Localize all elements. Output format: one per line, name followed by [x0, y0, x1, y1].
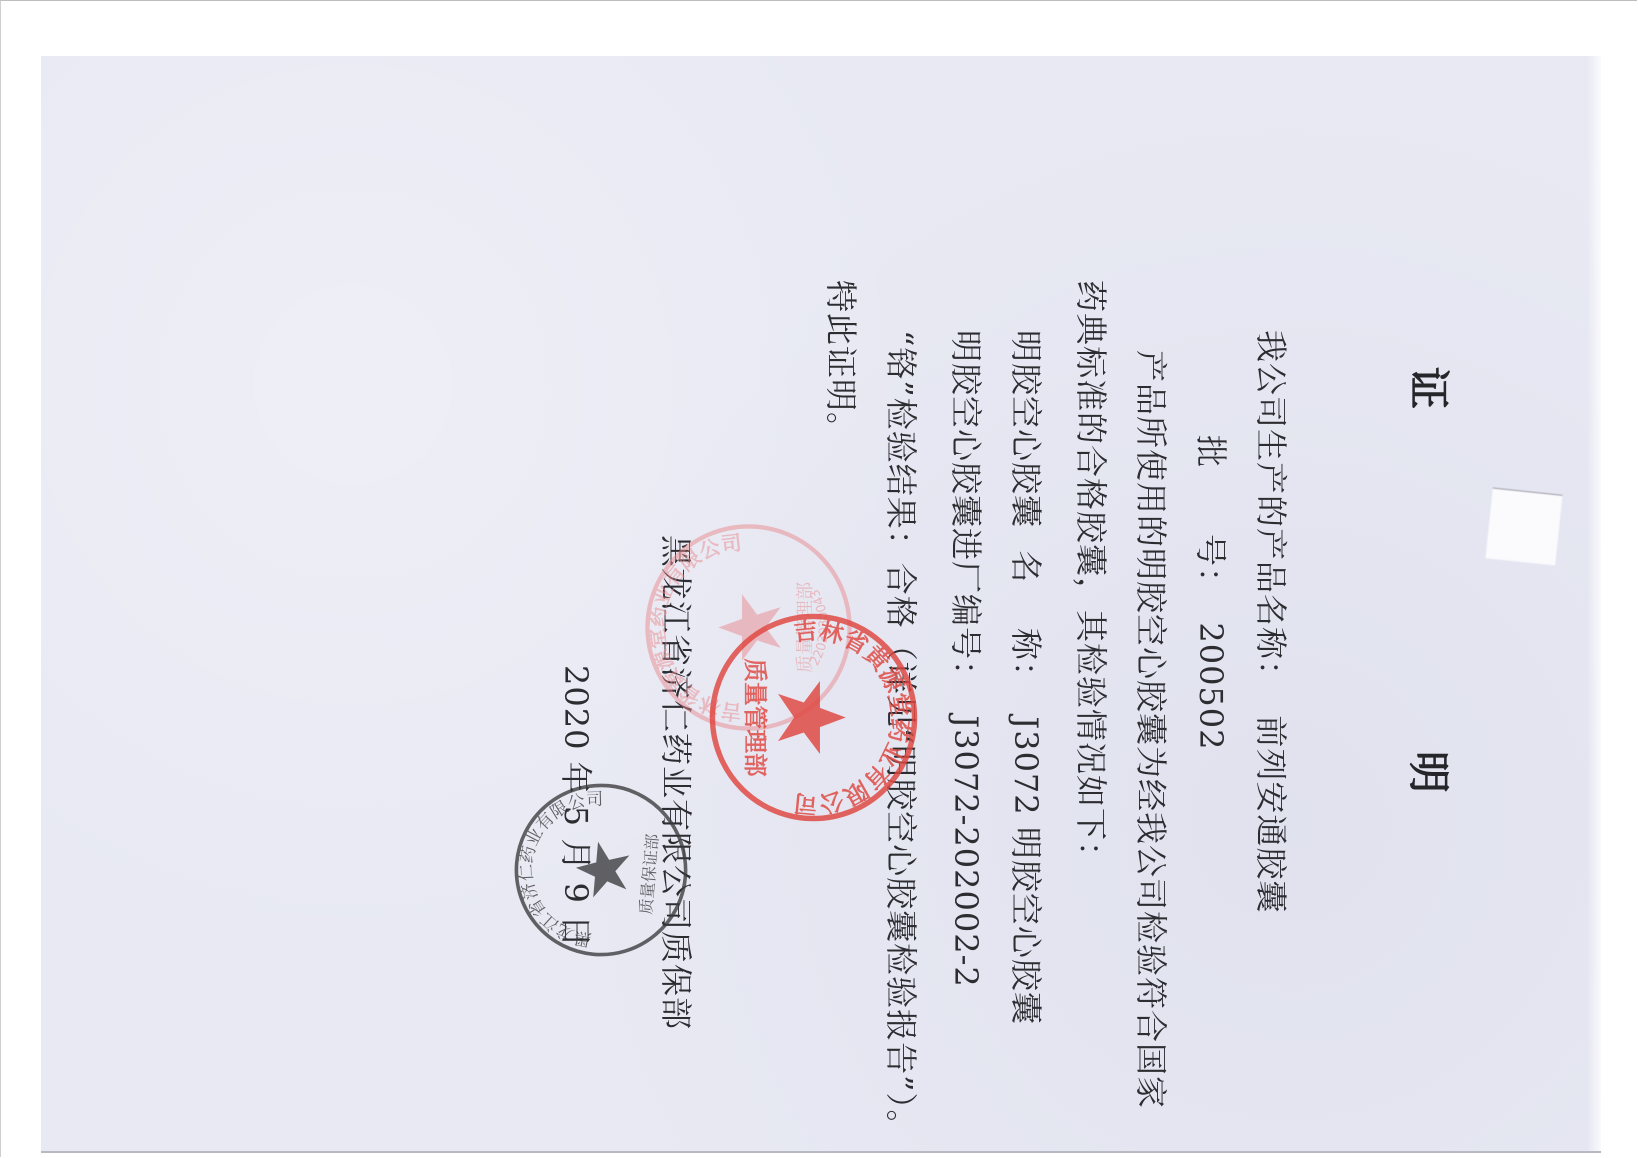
date-line: 2020 年 5 月 9 日 — [555, 665, 601, 948]
statement-line-1: 产品所使用的明胶空心胶囊为经我公司检验符合国家 — [1130, 350, 1176, 1109]
stamp-faint-inner-text: 质量管理部 — [795, 582, 816, 673]
document-title: 证 明 — [1401, 80, 1461, 1080]
star-icon — [718, 594, 780, 661]
statement-line-2: 药典标准的合格胶囊，其检验情况如下： — [1070, 280, 1116, 874]
stamp-faint-code-text: 2203030043 — [807, 586, 832, 668]
stamp-red-inner-text: 质量管理部 — [741, 658, 769, 777]
intake-number-line: 明胶空心胶囊进厂编号： J3072-202002-2 — [945, 330, 991, 988]
signature-line: 黑龙江省济仁药业有限公司质保部 — [655, 535, 701, 1030]
paper-edge — [1587, 56, 1601, 1151]
batch-number-line: 批 号： 200502 — [1190, 435, 1236, 751]
product-name-line: 我公司生产的产品名称： 前列安通胶囊 — [1250, 330, 1296, 913]
chromium-result-line: “铬”检验结果：合格（详见“明胶空心胶囊检验报告”）。 — [880, 330, 926, 1142]
star-icon — [778, 681, 846, 754]
capsule-name-line: 明胶空心胶囊 名 称： J3072 明胶空心胶囊 — [1005, 330, 1051, 1025]
closing-line: 特此证明。 — [820, 280, 866, 445]
certificate-page: 证 明 我公司生产的产品名称： 前列安通胶囊 批 号： 200502 产品所使用… — [71, 80, 1571, 1080]
scan-frame: 证 明 我公司生产的产品名称： 前列安通胶囊 批 号： 200502 产品所使用… — [0, 0, 1637, 1157]
